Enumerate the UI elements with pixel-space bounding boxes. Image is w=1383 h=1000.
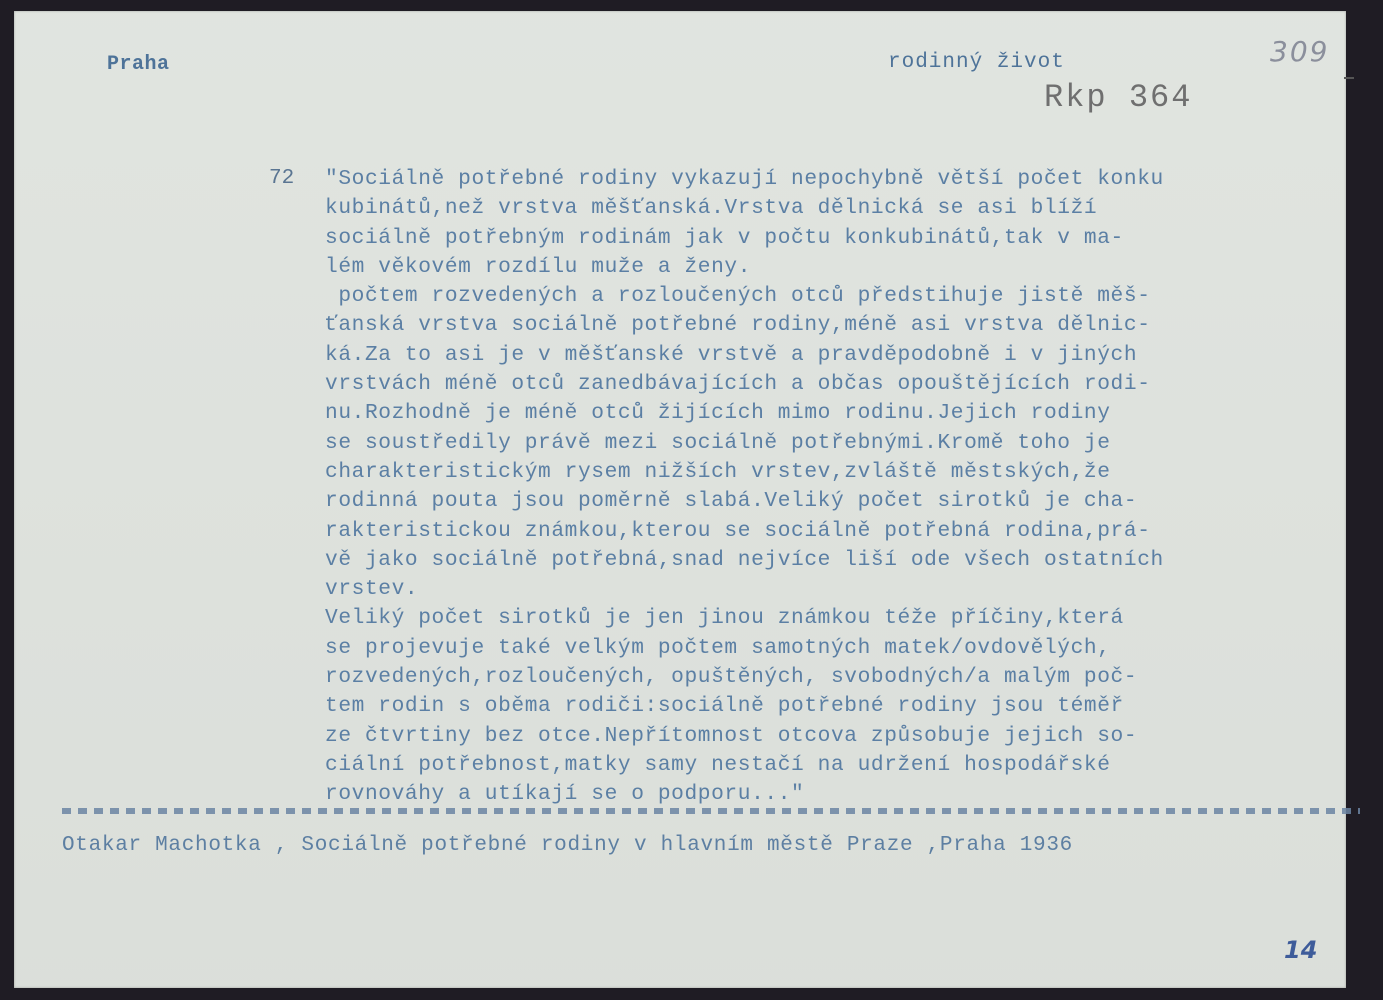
quote-line: rakteristickou známkou,kterou se sociáln… — [325, 517, 1164, 546]
quote-number: 72 — [269, 167, 294, 190]
handwritten-folio-number: 309 — [1270, 35, 1329, 68]
quote-line: lém věkovém rozdílu muže a ženy. — [325, 253, 1164, 282]
quote-line: charakteristickým rysem nižších vrstev,z… — [325, 458, 1164, 487]
manuscript-signature: Rkp 364 — [1044, 79, 1192, 116]
quote-line: rovnováhy a utíkají se o podporu..." — [325, 780, 1164, 809]
quote-line: tem rodin s oběma rodiči:sociálně potřeb… — [325, 692, 1164, 721]
quote-line: kubinátů,než vrstva měšťanská.Vrstva děl… — [325, 194, 1164, 223]
quote-line: rodinná pouta jsou poměrně slabá.Veliký … — [325, 487, 1164, 516]
quote-line: ze čtvrtiny bez otce.Nepřítomnost otcova… — [325, 722, 1164, 751]
quote-line: vě jako sociálně potřebná,snad nejvíce l… — [325, 546, 1164, 575]
quote-line: nu.Rozhodně je méně otců žijících mimo r… — [325, 399, 1164, 428]
quote-line: "Sociálně potřebné rodiny vykazují nepoc… — [325, 165, 1164, 194]
source-citation: Otakar Machotka , Sociálně potřebné rodi… — [62, 834, 1073, 857]
quote-line: ciální potřebnost,matky samy nestačí na … — [325, 751, 1164, 780]
quote-body: "Sociálně potřebné rodiny vykazují nepoc… — [325, 165, 1164, 810]
quote-line: se projevuje také velkým počtem samotnýc… — [325, 634, 1164, 663]
topic-heading: rodinný život — [888, 51, 1065, 74]
margin-tick-mark — [1344, 77, 1354, 79]
quote-line: vrstev. — [325, 575, 1164, 604]
quote-line: rozvedených,rozloučených, opuštěných, sv… — [325, 663, 1164, 692]
quote-line: Veliký počet sirotků je jen jinou známko… — [325, 604, 1164, 633]
quote-line: počtem rozvedených a rozloučených otců p… — [325, 282, 1164, 311]
quote-line: vrstvách méně otců zanedbávajících a obč… — [325, 370, 1164, 399]
dashed-separator — [62, 808, 1360, 814]
quote-line: sociálně potřebným rodinám jak v počtu k… — [325, 224, 1164, 253]
quote-line: ťanská vrstva sociálně potřebné rodiny,m… — [325, 311, 1164, 340]
document-card: Praha rodinný život Rkp 364 309 72 "Soci… — [14, 11, 1346, 988]
handwritten-page-number: 14 — [1284, 936, 1317, 964]
quote-line: se soustředily právě mezi sociálně potře… — [325, 429, 1164, 458]
quote-line: ká.Za to asi je v měšťanské vrstvě a pra… — [325, 341, 1164, 370]
place-heading: Praha — [107, 53, 170, 76]
